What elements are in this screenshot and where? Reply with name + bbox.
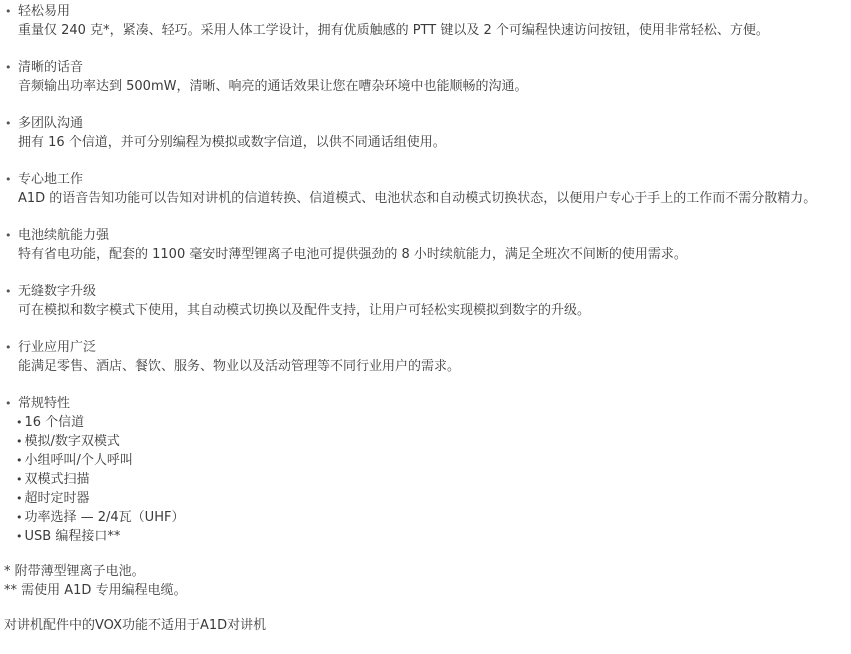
feature-heading: • 无缝数字升级 xyxy=(4,282,847,301)
bullet-icon: • xyxy=(5,170,12,189)
feature-description: 能满足零售、酒店、餐饮、服务、物业以及活动管理等不同行业用户的需求。 xyxy=(4,357,847,376)
spec-item: •超时定时器 xyxy=(4,489,847,508)
bullet-icon: • xyxy=(5,114,12,133)
general-spec-list: •16 个信道 •模拟/数字双模式 •小组呼叫/个人呼叫 •双模式扫描 •超时定… xyxy=(4,413,847,546)
feature-focused-work: • 专心地工作 A1D 的语音告知功能可以告知对讲机的信道转换、信道模式、电池状… xyxy=(4,170,847,208)
bullet-icon: • xyxy=(5,394,12,413)
feature-description: 可在模拟和数字模式下使用，其自动模式切换以及配件支持，让用户可轻松实现模拟到数字… xyxy=(4,301,847,320)
footnote-battery: * 附带薄型锂离子电池。 xyxy=(4,562,847,581)
spec-item: •双模式扫描 xyxy=(4,470,847,489)
feature-description: A1D 的语音告知功能可以告知对讲机的信道转换、信道模式、电池状态和自动模式切换… xyxy=(4,189,847,208)
bullet-icon: • xyxy=(5,282,12,301)
spec-item: •16 个信道 xyxy=(4,413,847,432)
bullet-icon: • xyxy=(16,530,23,543)
bullet-icon: • xyxy=(5,226,12,245)
footnotes: * 附带薄型锂离子电池。 ** 需使用 A1D 专用编程电缆。 xyxy=(4,562,847,600)
feature-title: 清晰的话音 xyxy=(18,60,83,75)
feature-title: 专心地工作 xyxy=(18,172,83,187)
bullet-icon: • xyxy=(5,2,12,21)
feature-industry-applications: • 行业应用广泛 能满足零售、酒店、餐饮、服务、物业以及活动管理等不同行业用户的… xyxy=(4,338,847,376)
feature-heading: • 常规特性 xyxy=(4,394,847,413)
feature-general-specs: • 常规特性 •16 个信道 •模拟/数字双模式 •小组呼叫/个人呼叫 •双模式… xyxy=(4,394,847,546)
feature-title: 常规特性 xyxy=(18,396,70,411)
feature-heading: • 电池续航能力强 xyxy=(4,226,847,245)
feature-title: 电池续航能力强 xyxy=(18,228,109,243)
feature-heading: • 清晰的话音 xyxy=(4,58,847,77)
bullet-icon: • xyxy=(5,58,12,77)
product-features-document: • 轻松易用 重量仅 240 克*，紧凑、轻巧。采用人体工学设计，拥有优质触感的… xyxy=(0,2,851,635)
bullet-icon: • xyxy=(16,473,23,486)
feature-heading: • 行业应用广泛 xyxy=(4,338,847,357)
feature-title: 行业应用广泛 xyxy=(18,340,96,355)
bullet-icon: • xyxy=(5,338,12,357)
feature-title: 无缝数字升级 xyxy=(18,284,96,299)
footnote-cable: ** 需使用 A1D 专用编程电缆。 xyxy=(4,581,847,600)
bullet-icon: • xyxy=(16,454,23,467)
spec-item: •小组呼叫/个人呼叫 xyxy=(4,451,847,470)
spec-item: •模拟/数字双模式 xyxy=(4,432,847,451)
spec-item: •USB 编程接口** xyxy=(4,527,847,546)
feature-digital-upgrade: • 无缝数字升级 可在模拟和数字模式下使用，其自动模式切换以及配件支持，让用户可… xyxy=(4,282,847,320)
feature-heading: • 轻松易用 xyxy=(4,2,847,21)
feature-heading: • 专心地工作 xyxy=(4,170,847,189)
feature-description: 重量仅 240 克*，紧凑、轻巧。采用人体工学设计，拥有优质触感的 PTT 键以… xyxy=(4,21,847,40)
spec-item: •功率选择 — 2/4瓦（UHF） xyxy=(4,508,847,527)
feature-battery-life: • 电池续航能力强 特有省电功能，配套的 1100 毫安时薄型锂离子电池可提供强… xyxy=(4,226,847,264)
feature-title: 多团队沟通 xyxy=(18,116,83,131)
bullet-icon: • xyxy=(16,435,23,448)
feature-heading: • 多团队沟通 xyxy=(4,114,847,133)
vox-note: 对讲机配件中的VOX功能不适用于A1D对讲机 xyxy=(4,616,847,635)
bullet-icon: • xyxy=(16,416,23,429)
bullet-icon: • xyxy=(16,511,23,524)
feature-multi-team: • 多团队沟通 拥有 16 个信道，并可分别编程为模拟或数字信道，以供不同通话组… xyxy=(4,114,847,152)
feature-description: 音频输出功率达到 500mW，清晰、响亮的通话效果让您在嘈杂环境中也能顺畅的沟通… xyxy=(4,77,847,96)
feature-description: 拥有 16 个信道，并可分别编程为模拟或数字信道，以供不同通话组使用。 xyxy=(4,133,847,152)
bullet-icon: • xyxy=(16,492,23,505)
feature-description: 特有省电功能，配套的 1100 毫安时薄型锂离子电池可提供强劲的 8 小时续航能… xyxy=(4,245,847,264)
feature-easy-to-use: • 轻松易用 重量仅 240 克*，紧凑、轻巧。采用人体工学设计，拥有优质触感的… xyxy=(4,2,847,40)
feature-title: 轻松易用 xyxy=(18,4,70,19)
feature-clear-audio: • 清晰的话音 音频输出功率达到 500mW，清晰、响亮的通话效果让您在嘈杂环境… xyxy=(4,58,847,96)
